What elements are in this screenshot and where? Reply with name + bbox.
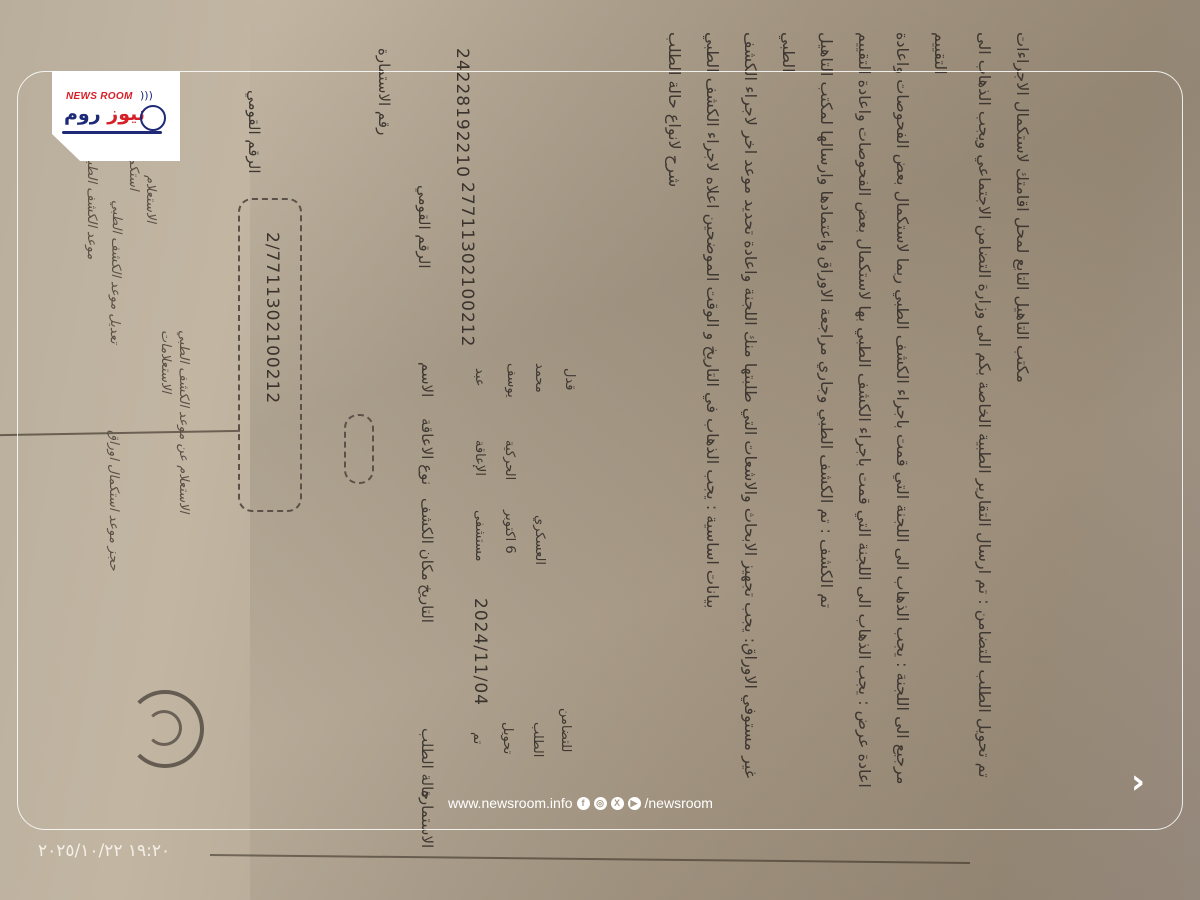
next-slide-button[interactable]: › bbox=[1118, 762, 1158, 802]
slide-frame bbox=[17, 71, 1183, 830]
logo-ring-icon bbox=[140, 105, 166, 131]
photo-timestamp: ١٩:٢٠ ٢٠٢٥/١٠/٢٢ bbox=[38, 841, 170, 861]
logo-arabic-text: نيوز روم bbox=[64, 103, 145, 125]
logo-english-text: NEWS ROOM bbox=[66, 91, 133, 102]
newsroom-logo: NEWS ROOM ))) نيوز روم bbox=[52, 71, 180, 161]
facebook-icon[interactable]: f bbox=[577, 797, 590, 810]
website-link[interactable]: www.newsroom.info bbox=[448, 795, 573, 811]
instagram-icon[interactable]: ◎ bbox=[594, 797, 607, 810]
explanation-line: التقييم bbox=[931, 32, 950, 75]
signal-icon: ))) bbox=[140, 89, 153, 102]
explanation-line: الطبي bbox=[779, 32, 798, 73]
youtube-icon[interactable]: ▶ bbox=[628, 797, 641, 810]
watermark-footer: www.newsroom.info f ◎ X ▶ /newsroom bbox=[448, 794, 713, 812]
logo-swoosh bbox=[62, 131, 162, 134]
social-handle[interactable]: /newsroom bbox=[645, 795, 713, 811]
x-icon[interactable]: X bbox=[611, 797, 624, 810]
